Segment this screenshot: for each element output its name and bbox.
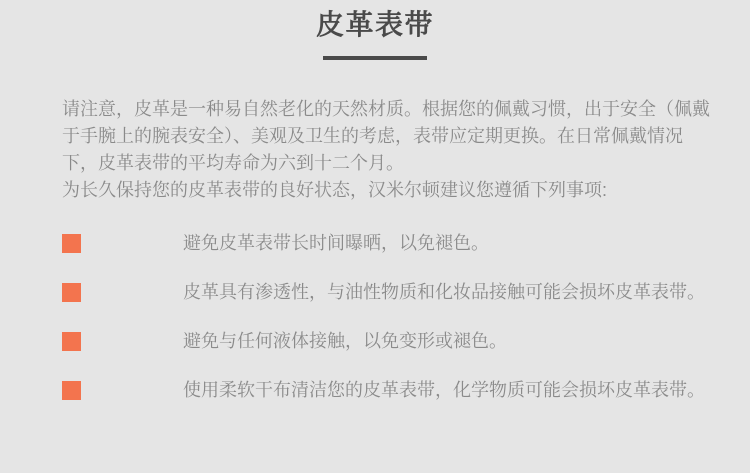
list-item: 避免皮革表带长时间曝晒，以免褪色。 [62,232,692,254]
care-tips-list: 避免皮革表带长时间曝晒，以免褪色。 皮革具有渗透性，与油性物质和化妆品接触可能会… [62,232,692,401]
page-header: 皮革表带 [0,0,750,60]
leather-strap-care-page: 皮革表带 请注意，皮革是一种易自然老化的天然材质。根据您的佩戴习惯，出于安全（佩… [0,0,750,473]
intro-line: 为长久保持您的皮革表带的良好状态，汉米尔顿建议您遵循下列事项: [62,177,692,204]
list-item: 避免与任何液体接触，以免变形或褪色。 [62,330,692,352]
title-divider [323,56,427,60]
intro-paragraph: 请注意，皮革是一种易自然老化的天然材质。根据您的佩戴习惯，出于安全（佩戴 于手腕… [62,96,692,204]
tip-text: 避免皮革表带长时间曝晒，以免褪色。 [183,232,489,254]
intro-line: 请注意，皮革是一种易自然老化的天然材质。根据您的佩戴习惯，出于安全（佩戴 [62,96,692,123]
bullet-square-icon [62,234,81,253]
bullet-square-icon [62,283,81,302]
list-item: 皮革具有渗透性，与油性物质和化妆品接触可能会损坏皮革表带。 [62,281,692,303]
tip-text: 使用柔软干布清洁您的皮革表带，化学物质可能会损坏皮革表带。 [183,379,705,401]
list-item: 使用柔软干布清洁您的皮革表带，化学物质可能会损坏皮革表带。 [62,379,692,401]
intro-line: 于手腕上的腕表安全）、美观及卫生的考虑，表带应定期更换。在日常佩戴情况 [62,123,692,150]
intro-line: 下，皮革表带的平均寿命为六到十二个月。 [62,150,692,177]
bullet-square-icon [62,332,81,351]
tip-text: 避免与任何液体接触，以免变形或褪色。 [183,330,507,352]
tip-text: 皮革具有渗透性，与油性物质和化妆品接触可能会损坏皮革表带。 [183,281,705,303]
bullet-square-icon [62,381,81,400]
page-title: 皮革表带 [0,8,750,42]
